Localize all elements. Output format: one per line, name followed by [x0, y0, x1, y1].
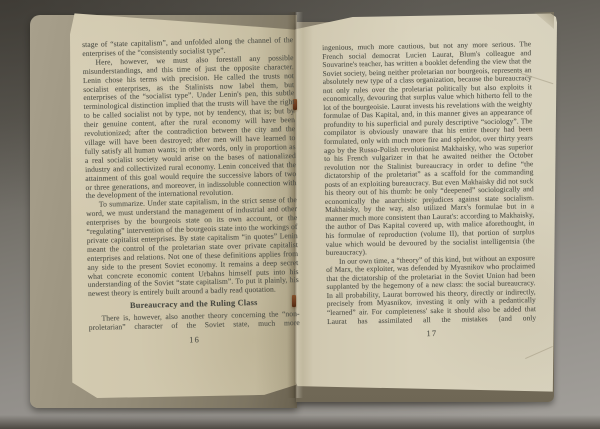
- right-page-text: ingenious, much more cautious, but not a…: [322, 40, 536, 340]
- table-edge-shadow: [0, 415, 600, 429]
- paragraph: Here, however, we must also forestall an…: [82, 54, 296, 201]
- paragraph: To summarize. Under state capitalism, in…: [86, 196, 299, 299]
- paragraph: In our own time, a “theory” of this kind…: [326, 254, 536, 326]
- left-page-text: stage of “state capitalism”, and unfolde…: [82, 36, 300, 348]
- paragraph: ingenious, much more cautious, but not a…: [322, 40, 535, 257]
- paragraph: There is, however, also another theory c…: [88, 310, 299, 333]
- photo-background: stage of “state capitalism”, and unfolde…: [0, 0, 600, 429]
